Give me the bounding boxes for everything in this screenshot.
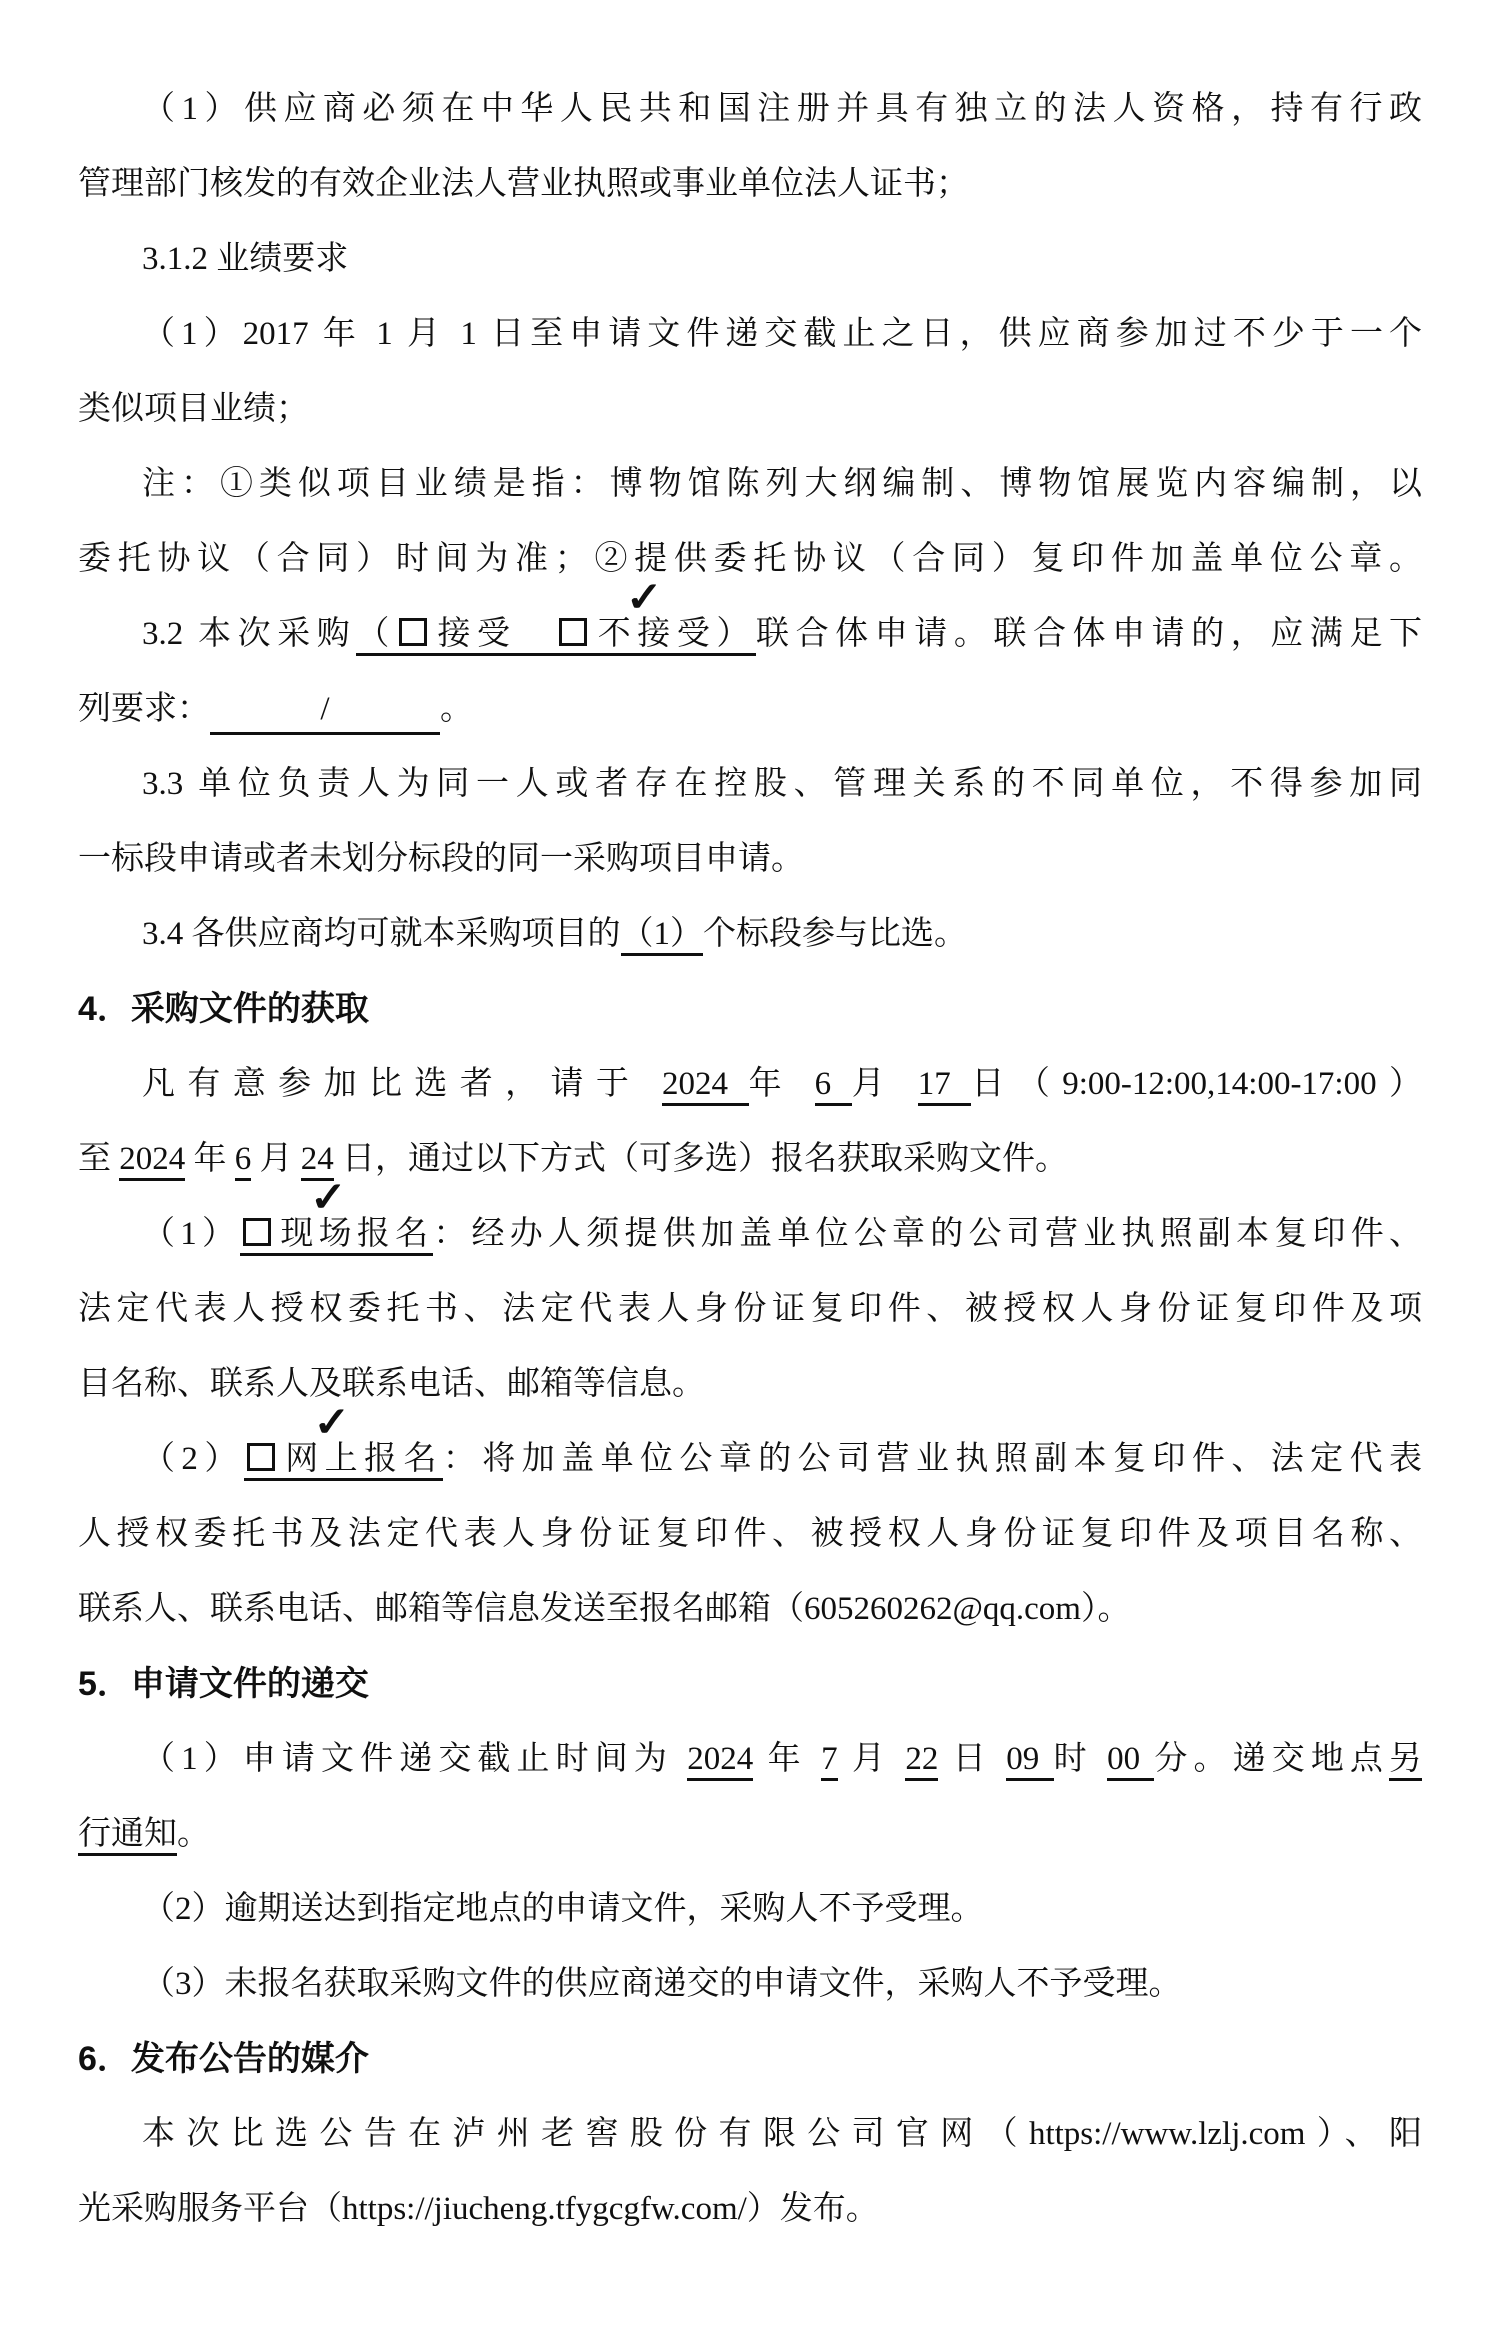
text-run: 4．采购文件的获取 (78, 990, 369, 1028)
text-run: 月 (852, 1066, 918, 1102)
text-line: 3.2 本次采购（接受 ✓不接受）联合体申请。联合体申请的，应满足下 (78, 597, 1422, 672)
text-run: ：经办人须提供加盖单位公章的公司营业执照副本复印件、 (433, 1216, 1422, 1252)
text-run: 年 (753, 1741, 821, 1777)
checkbox-wrap: ✓ (556, 616, 591, 656)
text-run: 一标段申请或者未划分标段的同一采购项目申请。 (78, 841, 804, 877)
text-run: 联合体申请。联合体申请的，应满足下 (756, 616, 1422, 652)
text-run: （2）逾期送达到指定地点的申请文件，采购人不予受理。 (142, 1891, 984, 1927)
underlined-text: 6 (815, 1066, 852, 1106)
text-line: 3.3 单位负责人为同一人或者存在控股、管理关系的不同单位，不得参加同 (78, 747, 1422, 822)
underlined-text: 2024 (119, 1141, 185, 1181)
text-run: 时 (1054, 1741, 1107, 1777)
document-page: （1）供应商必须在中华人民共和国注册并具有独立的法人资格，持有行政管理部门核发的… (0, 0, 1500, 2340)
text-run: 月 (251, 1141, 301, 1177)
document-content: （1）供应商必须在中华人民共和国注册并具有独立的法人资格，持有行政管理部门核发的… (78, 72, 1422, 2247)
section-heading: 4．采购文件的获取 (78, 972, 1422, 1047)
text-run: 人授权委托书及法定代表人身份证复印件、被授权人身份证复印件及项目名称、 (78, 1516, 1422, 1552)
text-line: 一标段申请或者未划分标段的同一采购项目申请。 (78, 822, 1422, 897)
text-line: （3）未报名获取采购文件的供应商递交的申请文件，采购人不予受理。 (78, 1947, 1422, 2022)
text-line: 管理部门核发的有效企业法人营业执照或事业单位法人证书； (78, 147, 1422, 222)
checkbox-wrap (396, 616, 431, 656)
text-run: 。 (177, 1816, 210, 1852)
underlined-text: 另 (1389, 1741, 1422, 1781)
text-run: 列要求： (78, 691, 210, 727)
text-line: 凡有意参加比选者，请于 2024 年 6 月 17 日（9:00-12:00,1… (78, 1047, 1422, 1122)
text-run: 管理部门核发的有效企业法人营业执照或事业单位法人证书； (78, 166, 969, 202)
text-run: 日（9:00-12:00,14:00-17:00） (971, 1066, 1422, 1102)
checkbox-empty-icon (399, 618, 427, 646)
text-run: 分。递交地点 (1154, 1741, 1389, 1777)
section-heading: 6．发布公告的媒介 (78, 2022, 1422, 2097)
underlined-text: （ (356, 616, 396, 656)
text-run: 至 (78, 1141, 119, 1177)
text-line: 本次比选公告在泸州老窖股份有限公司官网（https://www.lzlj.com… (78, 2097, 1422, 2172)
underlined-text: （1） (621, 916, 704, 956)
text-line: （1）供应商必须在中华人民共和国注册并具有独立的法人资格，持有行政 (78, 72, 1422, 147)
underlined-text: 17 (918, 1066, 972, 1106)
text-line: （1）✓现场报名：经办人须提供加盖单位公章的公司营业执照副本复印件、 (78, 1197, 1422, 1272)
underlined-text: 现场报名 (275, 1216, 433, 1256)
text-line: 列要求：/。 (78, 672, 1422, 747)
text-run: 年 (185, 1141, 235, 1177)
check-mark-icon: ✓ (561, 575, 662, 621)
underlined-text: 7 (821, 1741, 838, 1781)
text-run: 。 (440, 691, 473, 727)
text-run: 光采购服务平台（https://jiucheng.tfygcgfw.com/）发… (78, 2191, 879, 2227)
underlined-text: 行通知 (78, 1816, 177, 1856)
check-mark-icon: ✓ (245, 1175, 346, 1221)
text-run: 联系人、联系电话、邮箱等信息发送至报名邮箱（605260262@qq.com）。 (78, 1591, 1130, 1627)
underlined-text: 2024 (687, 1741, 753, 1781)
text-line: 法定代表人授权委托书、法定代表人身份证复印件、被授权人身份证复印件及项 (78, 1272, 1422, 1347)
text-run: 委托协议（合同）时间为准；②提供委托协议（合同）复印件加盖单位公章。 (78, 541, 1422, 577)
underlined-text: 00 (1107, 1741, 1154, 1781)
text-run: ：将加盖单位公章的公司营业执照副本复印件、法定代表 (443, 1441, 1422, 1477)
text-line: （1）2017 年 1 月 1 日至申请文件递交截止之日，供应商参加过不少于一个 (78, 297, 1422, 372)
text-line: （1）申请文件递交截止时间为 2024 年 7 月 22 日 09 时 00 分… (78, 1722, 1422, 1797)
text-run: 凡有意参加比选者，请于 (142, 1066, 662, 1102)
text-line: （2）✓网上报名：将加盖单位公章的公司营业执照副本复印件、法定代表 (78, 1422, 1422, 1497)
text-run: （1） (142, 1216, 240, 1252)
text-run: 目名称、联系人及联系电话、邮箱等信息。 (78, 1366, 705, 1402)
text-line: 行通知。 (78, 1797, 1422, 1872)
check-mark-icon: ✓ (249, 1400, 350, 1446)
text-run: （3）未报名获取采购文件的供应商递交的申请文件，采购人不予受理。 (142, 1966, 1182, 2002)
underlined-text: 不接受） (591, 616, 756, 656)
text-run: 法定代表人授权委托书、法定代表人身份证复印件、被授权人身份证复印件及项 (78, 1291, 1422, 1327)
text-line: 联系人、联系电话、邮箱等信息发送至报名邮箱（605260262@qq.com）。 (78, 1572, 1422, 1647)
text-run: 3.1.2 业绩要求 (142, 241, 348, 277)
text-run: 6．发布公告的媒介 (78, 2040, 369, 2078)
text-line: 3.1.2 业绩要求 (78, 222, 1422, 297)
blank-underline-field: / (210, 686, 440, 735)
text-run: 类似项目业绩； (78, 391, 309, 427)
text-line: 人授权委托书及法定代表人身份证复印件、被授权人身份证复印件及项目名称、 (78, 1497, 1422, 1572)
checkbox-checked-icon: ✓ (243, 1218, 271, 1246)
text-run: 注：①类似项目业绩是指：博物馆陈列大纲编制、博物馆展览内容编制，以 (142, 466, 1422, 502)
underlined-text: 09 (1006, 1741, 1053, 1781)
checkbox-checked-icon: ✓ (559, 618, 587, 646)
text-run: 5．申请文件的递交 (78, 1665, 369, 1703)
checkbox-wrap: ✓ (244, 1441, 279, 1481)
section-heading: 5．申请文件的递交 (78, 1647, 1422, 1722)
checkbox-wrap: ✓ (240, 1216, 275, 1256)
text-run: 3.4 各供应商均可就本采购项目的 (142, 916, 621, 952)
text-run: 3.2 本次采购 (142, 616, 356, 652)
text-run: 个标段参与比选。 (703, 916, 967, 952)
text-run: （1）2017 年 1 月 1 日至申请文件递交截止之日，供应商参加过不少于一个 (142, 316, 1422, 352)
text-line: 委托协议（合同）时间为准；②提供委托协议（合同）复印件加盖单位公章。 (78, 522, 1422, 597)
underlined-text: 接受 (431, 616, 556, 656)
text-line: 光采购服务平台（https://jiucheng.tfygcgfw.com/）发… (78, 2172, 1422, 2247)
text-line: 注：①类似项目业绩是指：博物馆陈列大纲编制、博物馆展览内容编制，以 (78, 447, 1422, 522)
underlined-text: 2024 (662, 1066, 749, 1106)
checkbox-checked-icon: ✓ (247, 1443, 275, 1471)
text-run: 日，通过以下方式（可多选）报名获取采购文件。 (334, 1141, 1068, 1177)
text-line: 类似项目业绩； (78, 372, 1422, 447)
text-run: 日 (938, 1741, 1006, 1777)
text-run: （2） (142, 1441, 244, 1477)
text-line: 3.4 各供应商均可就本采购项目的（1）个标段参与比选。 (78, 897, 1422, 972)
text-run: （1）申请文件递交截止时间为 (142, 1741, 687, 1777)
text-run: （1）供应商必须在中华人民共和国注册并具有独立的法人资格，持有行政 (142, 91, 1422, 127)
text-run: 年 (749, 1066, 815, 1102)
text-run: 3.3 单位负责人为同一人或者存在控股、管理关系的不同单位，不得参加同 (142, 766, 1422, 802)
underlined-text: 22 (905, 1741, 938, 1781)
underlined-text: 网上报名 (279, 1441, 443, 1481)
text-line: （2）逾期送达到指定地点的申请文件，采购人不予受理。 (78, 1872, 1422, 1947)
text-run: 月 (838, 1741, 906, 1777)
text-run: 本次比选公告在泸州老窖股份有限公司官网（https://www.lzlj.com… (142, 2116, 1422, 2152)
